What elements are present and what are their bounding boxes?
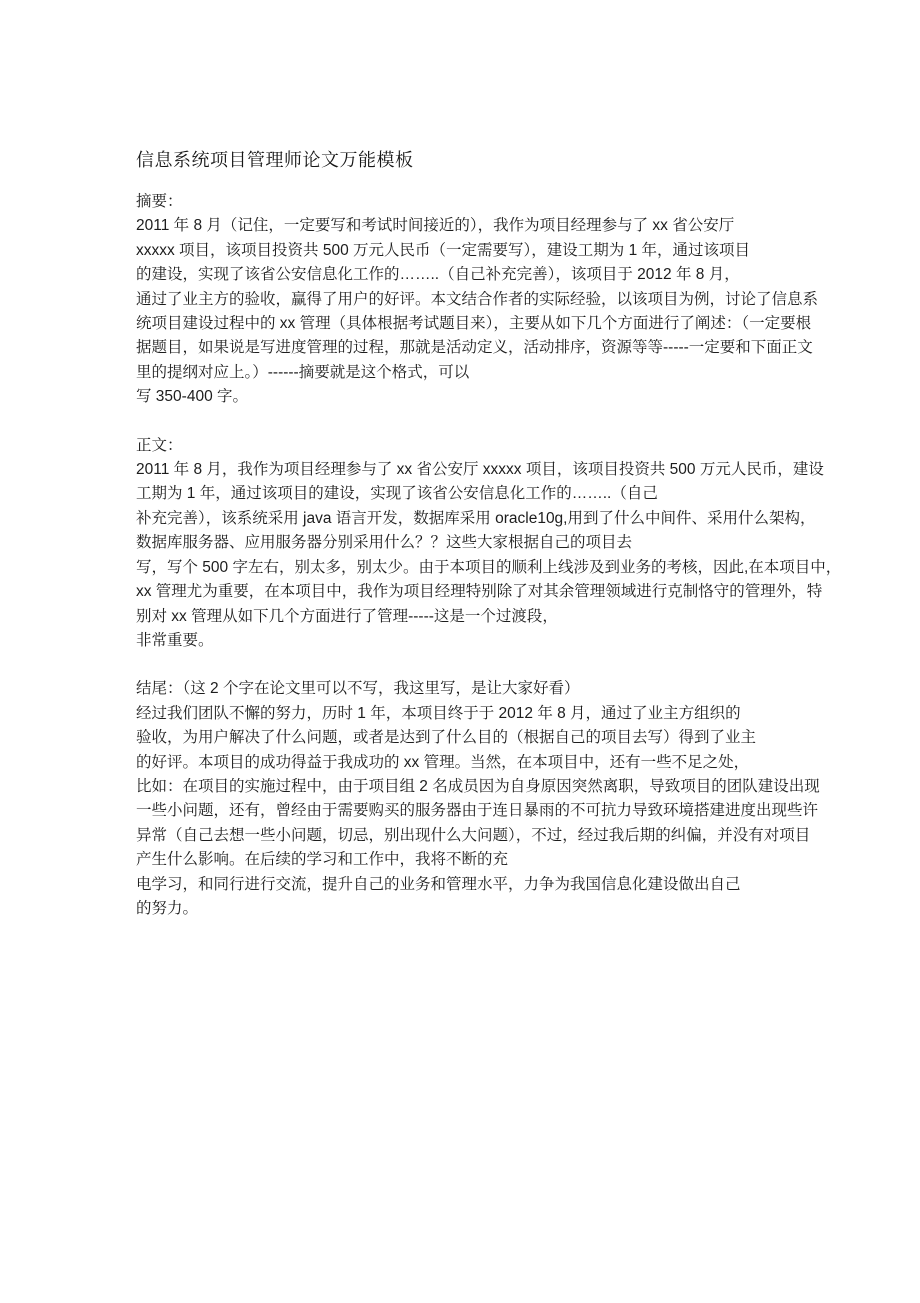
text-line: 异常（自己去想一些小问题，切忌，别出现什么大问题），不过，经过我后期的纠偏，并没…: [136, 824, 816, 848]
text-line: xx 管理尤为重要，在本项目中，我作为项目经理特别除了对其余管理领域进行克制恪守…: [136, 580, 816, 604]
text-line: 通过了业主方的验收，赢得了用户的好评。本文结合作者的实际经验，以该项目为例，讨论…: [136, 288, 816, 312]
text-line: 产生什么影响。在后续的学习和工作中，我将不断的充: [136, 848, 816, 872]
text-line: 里的提纲对应上。）------摘要就是这个格式，可以: [136, 361, 816, 385]
text-line: 写，写个 500 字左右，别太多，别太少。由于本项目的顺利上线涉及到业务的考核，…: [136, 556, 816, 580]
text-line: 非常重要。: [136, 629, 816, 653]
text-line: 写 350-400 字。: [136, 385, 816, 409]
text-line: 经过我们团队不懈的努力，历时 1 年，本项目终于于 2012 年 8 月，通过了…: [136, 702, 816, 726]
text-line: 补充完善），该系统采用 java 语言开发，数据库采用 oracle10g,用到…: [136, 507, 816, 531]
section-body: 正文：2011 年 8 月，我作为项目经理参与了 xx 省公安厅 xxxxx 项…: [136, 434, 816, 654]
section-closing: 结尾：（这 2 个字在论文里可以不写，我这里写，是让大家好看）经过我们团队不懈的…: [136, 677, 816, 921]
text-line: 的好评。本项目的成功得益于我成功的 xx 管理。当然，在本项目中，还有一些不足之…: [136, 751, 816, 775]
text-line: 别对 xx 管理从如下几个方面进行了管理-----这是一个过渡段，: [136, 605, 816, 629]
text-line: 电学习，和同行进行交流，提升自己的业务和管理水平，力争为我国信息化建设做出自己: [136, 873, 816, 897]
text-line: 结尾：（这 2 个字在论文里可以不写，我这里写，是让大家好看）: [136, 677, 816, 701]
text-line: 一些小问题，还有，曾经由于需要购买的服务器由于连日暴雨的不可抗力导致环境搭建进度…: [136, 799, 816, 823]
text-line: 的建设，实现了该省公安信息化工作的……..（自己补充完善），该项目于 2012 …: [136, 263, 816, 287]
text-line: 的努力。: [136, 897, 816, 921]
text-line: 2011 年 8 月（记住，一定要写和考试时间接近的），我作为项目经理参与了 x…: [136, 214, 816, 238]
document-page: 信息系统项目管理师论文万能模板 摘要：2011 年 8 月（记住，一定要写和考试…: [136, 146, 816, 921]
text-line: 据题目，如果说是写进度管理的过程，那就是活动定义，活动排序，资源等等-----一…: [136, 336, 816, 360]
section-abstract: 摘要：2011 年 8 月（记住，一定要写和考试时间接近的），我作为项目经理参与…: [136, 190, 816, 410]
text-line: 数据库服务器、应用服务器分别采用什么？？这些大家根据自己的项目去: [136, 531, 816, 555]
document-body: 摘要：2011 年 8 月（记住，一定要写和考试时间接近的），我作为项目经理参与…: [136, 190, 816, 921]
text-line: 工期为 1 年，通过该项目的建设，实现了该省公安信息化工作的……..（自己: [136, 482, 816, 506]
text-line: 验收，为用户解决了什么问题，或者是达到了什么目的（根据自己的项目去写）得到了业主: [136, 726, 816, 750]
text-line: 摘要：: [136, 190, 816, 214]
text-line: 正文：: [136, 434, 816, 458]
text-line: xxxxx 项目，该项目投资共 500 万元人民币（一定需要写），建设工期为 1…: [136, 239, 816, 263]
text-line: 统项目建设过程中的 xx 管理（具体根据考试题目来），主要从如下几个方面进行了阐…: [136, 312, 816, 336]
text-line: 2011 年 8 月，我作为项目经理参与了 xx 省公安厅 xxxxx 项目，该…: [136, 458, 816, 482]
text-line: 比如：在项目的实施过程中，由于项目组 2 名成员因为自身原因突然离职，导致项目的…: [136, 775, 816, 799]
document-title: 信息系统项目管理师论文万能模板: [136, 146, 816, 174]
